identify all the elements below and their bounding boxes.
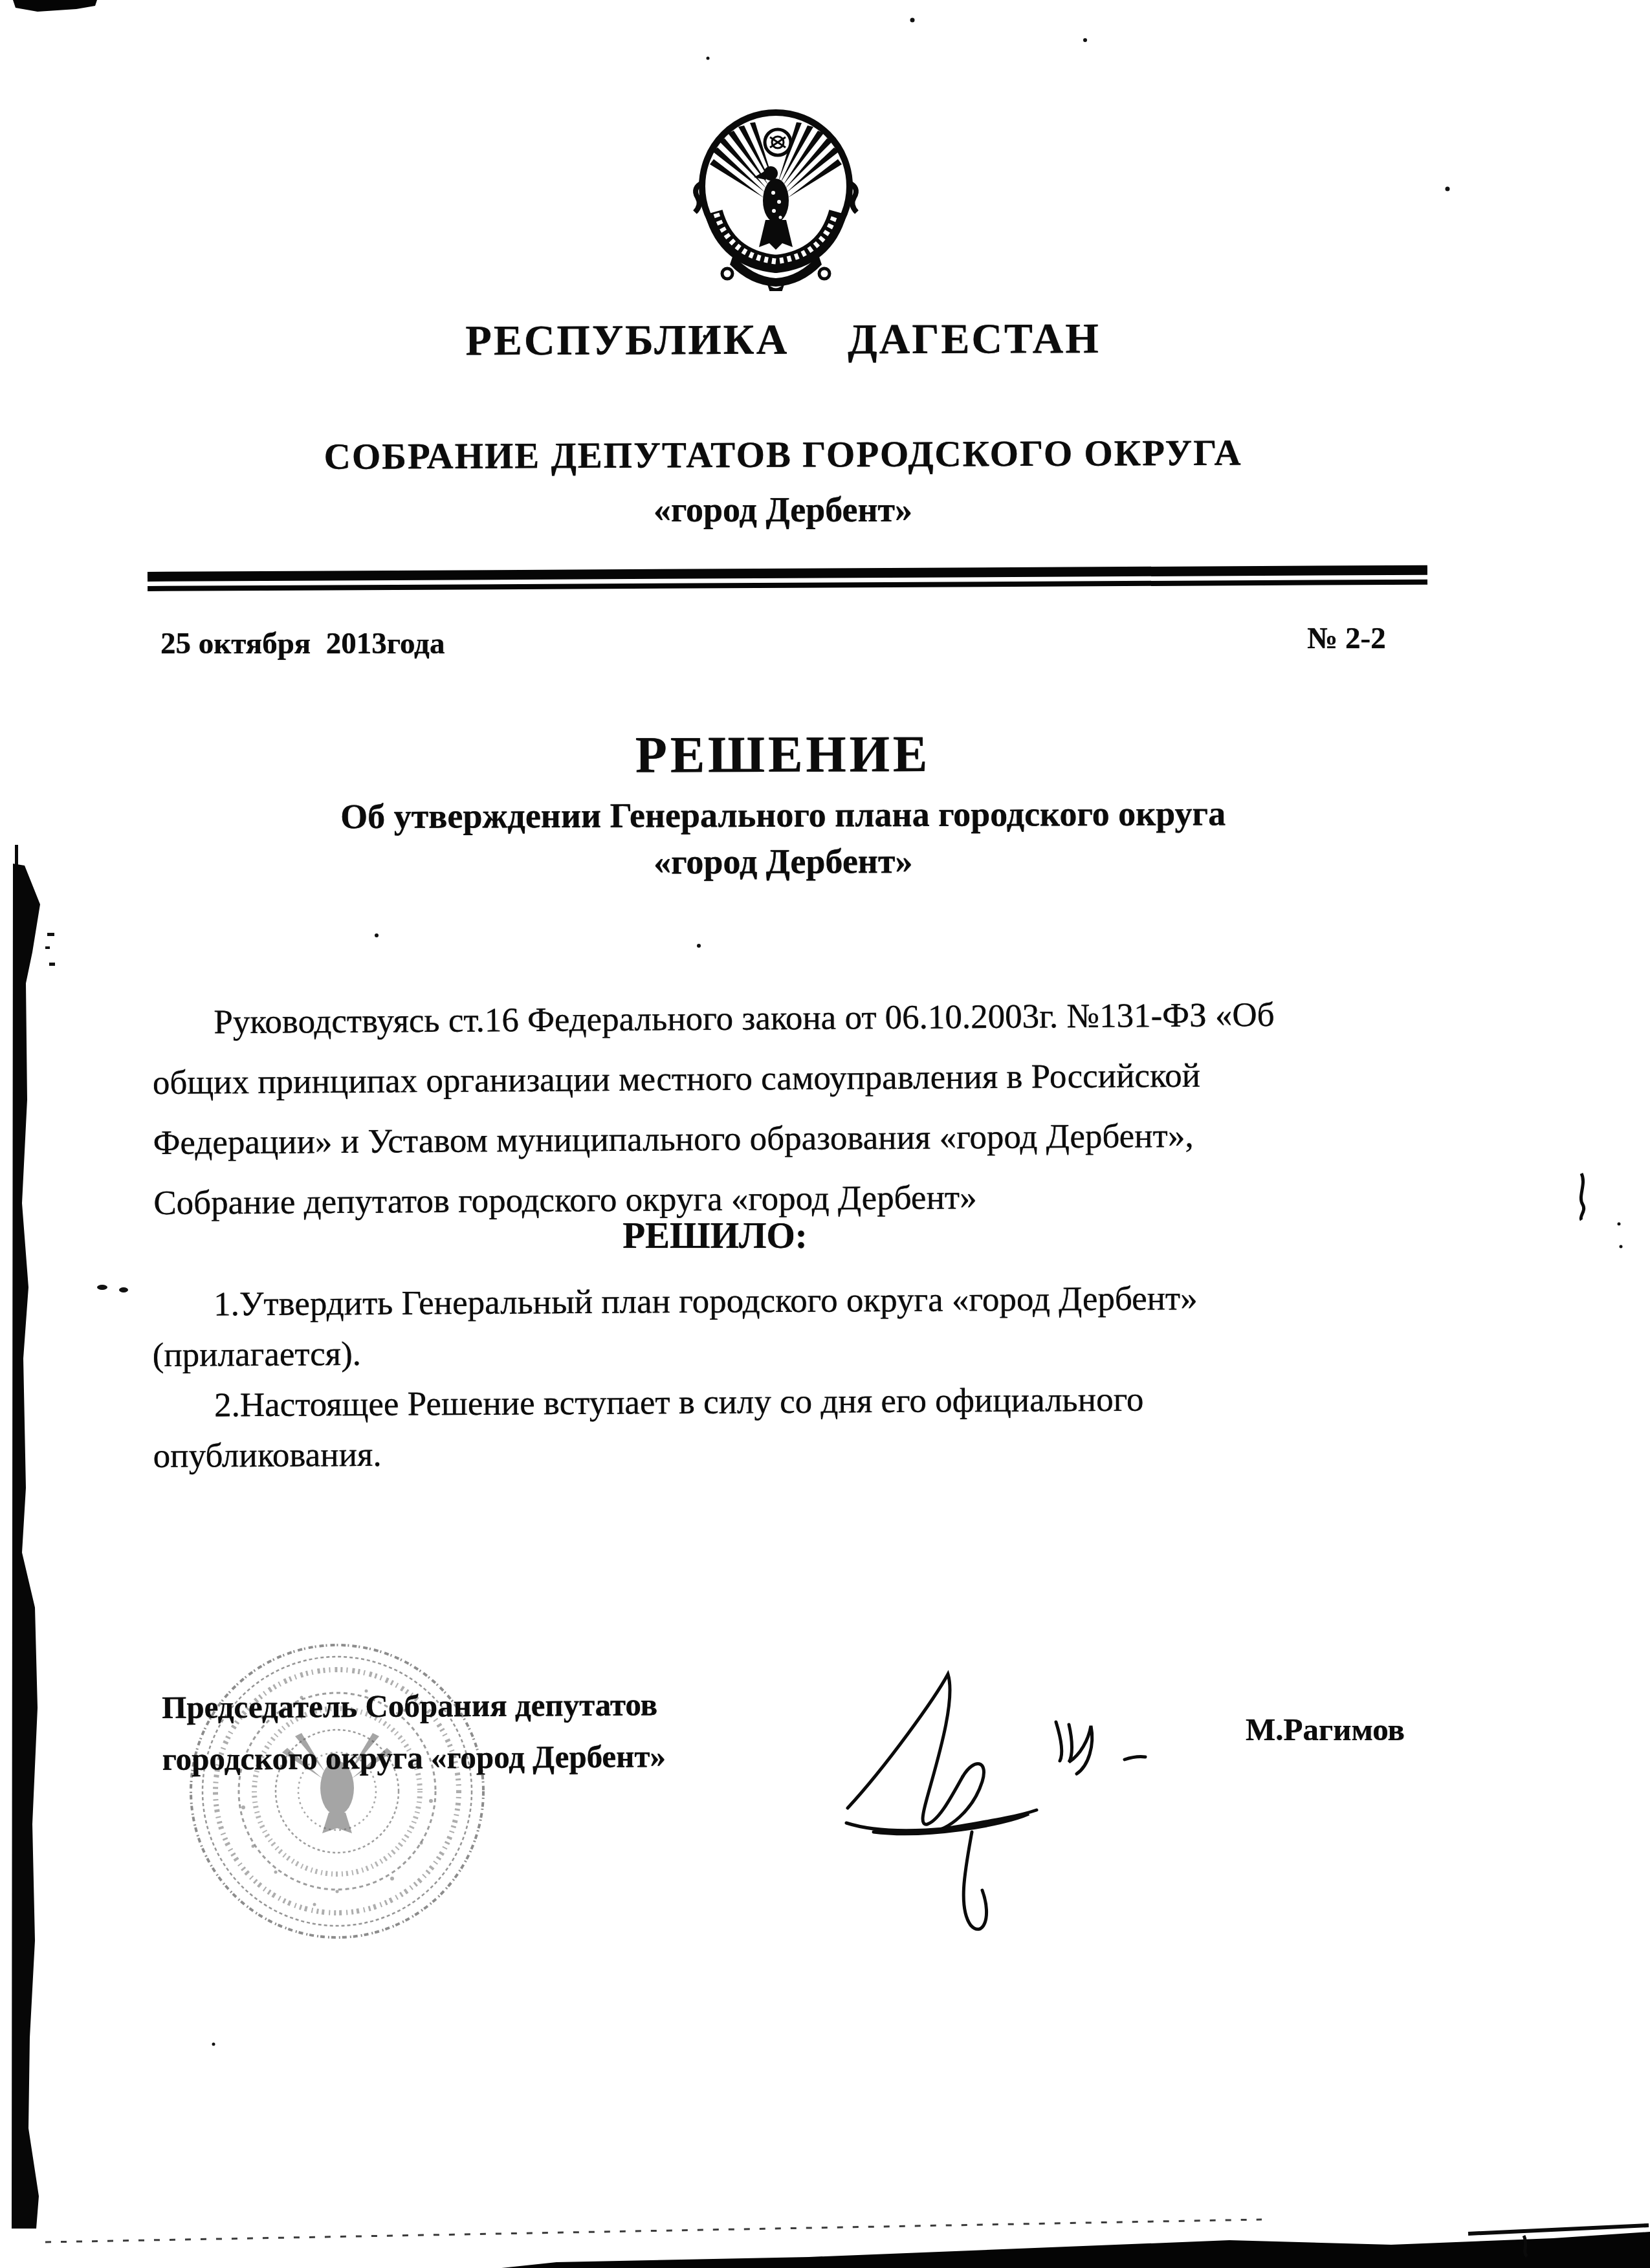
dagestan-emblem [688,89,864,291]
decision-item-line: 1.Утвердить Генеральный план городского … [152,1272,1440,1330]
subject-line: «город Дербент» [0,836,1566,888]
scan-artifact-bottom-border [501,2232,1650,2268]
assembly-title: СОБРАНИЕ ДЕПУТАТОВ ГОРОДСКОГО ОКРУГА [0,430,1566,479]
decision-item-line: опубликования. [153,1423,1440,1481]
subject-line: Об утверждении Генерального плана городс… [0,789,1566,841]
preamble-line: Руководствуясь ст.16 Федерального закона… [152,984,1421,1053]
signer-position-line: Председатель Собрания депутатов [162,1677,874,1734]
scan-artifact-top-left-blob [13,0,97,12]
signer-position-line: городского округа «город Дербент» [162,1729,874,1785]
signer-name: М.Рагимов [1246,1711,1405,1748]
scan-artifact-dot-pair [97,1285,128,1292]
decision-item-line: (прилагается). [152,1322,1440,1380]
republic-title: РЕСПУБЛИКА ДАГЕСТАН [0,313,1566,367]
document-subject: Об утверждении Генерального плана городс… [0,789,1566,888]
scan-artifact-right-specks [1618,1223,1623,1248]
scan-artifact-left-edge-band [12,864,40,2229]
scan-artifact-bottom-right-stroke [1468,2225,1649,2256]
coat-of-arms-icon [688,89,864,291]
signer-position: Председатель Собрания депутатовгородског… [162,1677,874,1785]
decision-items: 1.Утвердить Генеральный план городского … [152,1272,1441,1481]
preamble-line: общих принципах организации местного сам… [153,1044,1422,1113]
document-number: № 2-2 [1307,621,1386,656]
rule-top-line [148,565,1427,582]
assembly-city-title: «город Дербент» [0,490,1566,530]
scan-artifact-right-margin-squiggle [1581,1173,1584,1220]
rule-bottom-line [148,580,1427,591]
decision-item-line: 2.Настоящее Решение вступает в силу со д… [153,1373,1440,1431]
preamble-line: Федерации» и Уставом муниципального обра… [153,1104,1422,1173]
preamble-paragraph: Руководствуясь ст.16 Федерального закона… [152,984,1422,1234]
double-horizontal-rule [148,565,1427,591]
resolved-heading: РЕШИЛО: [0,1215,1430,1257]
scan-artifact-bottom-dotted-line [45,2219,1262,2242]
document-date: 25 октября 2013года [160,626,445,661]
scanned-document-page: РЕСПУБЛИКА ДАГЕСТАН СОБРАНИЕ ДЕПУТАТОВ Г… [0,0,1650,2268]
document-type-title: РЕШЕНИЕ [0,723,1566,787]
scan-artifact-tick-marks [45,933,55,966]
